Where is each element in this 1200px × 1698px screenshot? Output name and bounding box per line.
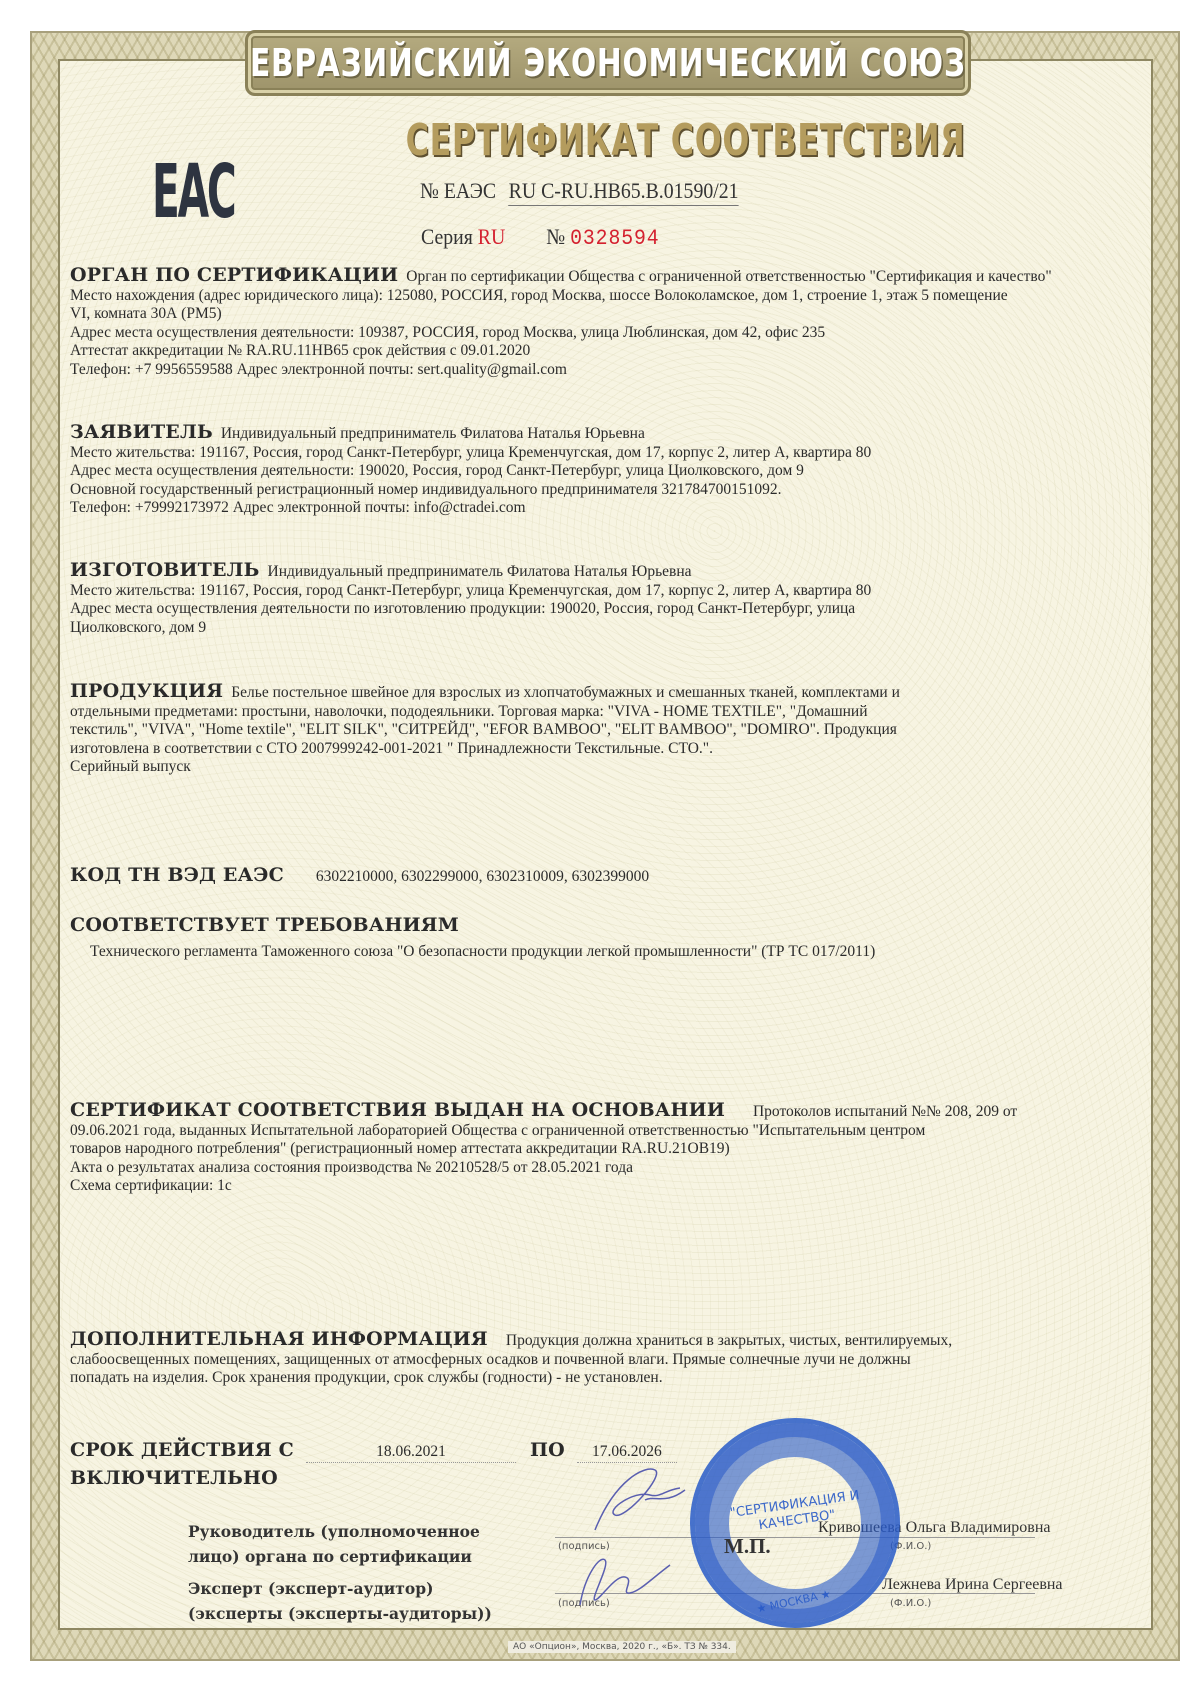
section-heading: КОД ТН ВЭД ЕАЭС: [70, 864, 284, 886]
section-line: Телефон: +7 9956559588 Адрес электронной…: [70, 361, 1130, 380]
certificate-title: СЕРТИФИКАТ СООТВЕТСТВИЯ: [406, 115, 795, 166]
eaeu-banner: ЕВРАЗИЙСКИЙ ЭКОНОМИЧЕСКИЙ СОЮЗ: [245, 30, 971, 96]
section-certification-body: ОРГАН ПО СЕРТИФИКАЦИИОрган по сертификац…: [70, 266, 1130, 379]
section-line: Место нахождения (адрес юридического лиц…: [70, 287, 1130, 306]
certificate-number-prefix: № ЕАЭС: [420, 178, 496, 203]
section-heading: ЗАЯВИТЕЛЬ: [70, 421, 213, 443]
section-line: Телефон: +79992173972 Адрес электронной …: [70, 499, 1130, 518]
section-line: 09.06.2021 года, выданных Испытательной …: [70, 1122, 1130, 1141]
expert-label-line-1: Эксперт (эксперт-аудитор): [188, 1576, 492, 1601]
expert-signature-icon: [560, 1545, 680, 1615]
validity-inclusive-label: ВКЛЮЧИТЕЛЬНО: [70, 1467, 278, 1489]
section-line: отдельными предметами: простыни, наволоч…: [70, 703, 1130, 722]
section-line: попадать на изделия. Срок хранения проду…: [70, 1369, 1130, 1388]
section-line: Аттестат аккредитации № RA.RU.11HB65 сро…: [70, 342, 1130, 361]
section-heading: СООТВЕТСТВУЕТ ТРЕБОВАНИЯМ: [70, 914, 459, 936]
section-line: Основной государственный регистрационный…: [70, 481, 1130, 500]
section-line: Адрес места осуществления деятельности: …: [70, 324, 1130, 343]
section-line: Адрес места осуществления деятельности п…: [70, 600, 1130, 619]
section-lead: Индивидуальный предприниматель Филатова …: [268, 563, 692, 580]
expert-name-caption: (Ф.И.О.): [890, 1598, 931, 1609]
certificate-number-value: RU C-RU.HB65.B.01590/21: [509, 178, 739, 206]
section-line: текстиль", "VIVA", "Home textile", "ELIT…: [70, 721, 1130, 740]
section-line: Серийный выпуск: [70, 758, 1130, 777]
expert-signatory-label: Эксперт (эксперт-аудитор) (эксперты (экс…: [188, 1576, 492, 1626]
section-line: слабоосвещенных помещениях, защищенных о…: [70, 1351, 1130, 1370]
section-line: товаров народного потребления" (регистра…: [70, 1140, 1130, 1159]
validity-date-from: 18.06.2021: [306, 1443, 516, 1463]
section-lead: Протоколов испытаний №№ 208, 209 от: [753, 1103, 1017, 1120]
head-label-line-1: Руководитель (уполномоченное: [188, 1519, 480, 1544]
series-line: Серия RU № 0328594: [421, 224, 660, 251]
section-line: Акта о результатах анализа состояния про…: [70, 1159, 1130, 1178]
head-signature-icon: [585, 1460, 695, 1540]
tn-ved-codes: 6302210000, 6302299000, 6302310009, 6302…: [316, 868, 649, 885]
banner-text: ЕВРАЗИЙСКИЙ ЭКОНОМИЧЕСКИЙ СОЮЗ: [250, 41, 966, 85]
section-line: VI, комната 30А (РМ5): [70, 305, 1130, 324]
head-label-line-2: лицо) органа по сертификации: [188, 1544, 480, 1569]
section-lead: Индивидуальный предприниматель Филатова …: [221, 425, 645, 442]
expert-label-line-2: (эксперты (эксперты-аудиторы)): [188, 1601, 492, 1626]
section-heading: ПРОДУКЦИЯ: [70, 680, 223, 702]
seal-label: М.П.: [724, 1534, 771, 1559]
expert-signatory-name: Лежнева Ирина Сергеевна: [882, 1576, 1063, 1594]
section-line: Место жительства: 191167, Россия, город …: [70, 444, 1130, 463]
section-heading: ОРГАН ПО СЕРТИФИКАЦИИ: [70, 264, 398, 286]
section-additional-info: ДОПОЛНИТЕЛЬНАЯ ИНФОРМАЦИЯПродукция должн…: [70, 1330, 1130, 1388]
section-line: Место жительства: 191167, Россия, город …: [70, 582, 1130, 601]
series-value: RU: [478, 224, 506, 249]
series-number-value: 0328594: [570, 226, 659, 251]
section-tn-ved: КОД ТН ВЭД ЕАЭС 6302210000, 6302299000, …: [70, 866, 1130, 887]
printer-imprint: АО «Опцион», Москва, 2020 г., «Б». ТЗ № …: [508, 1641, 736, 1653]
section-lead: Белье постельное швейное для взрослых из…: [231, 684, 900, 701]
section-heading: ИЗГОТОВИТЕЛЬ: [70, 559, 260, 581]
section-applicant: ЗАЯВИТЕЛЬИндивидуальный предприниматель …: [70, 423, 1130, 518]
section-line: Схема сертификации: 1с: [70, 1177, 1130, 1196]
section-line: изготовлена в соответствии с СТО 2007999…: [70, 740, 1130, 759]
series-label: Серия: [421, 224, 473, 249]
section-requirements: СООТВЕТСТВУЕТ ТРЕБОВАНИЯМ Технического р…: [70, 916, 1130, 961]
section-lead: Продукция должна храниться в закрытых, ч…: [506, 1332, 952, 1349]
section-lead: Орган по сертификации Общества с огранич…: [406, 268, 1051, 285]
section-manufacturer: ИЗГОТОВИТЕЛЬИндивидуальный предпринимате…: [70, 561, 1130, 637]
validity-from-label: СРОК ДЕЙСТВИЯ С: [70, 1439, 294, 1461]
series-number-label: №: [546, 224, 565, 249]
section-heading: СЕРТИФИКАТ СООТВЕТСТВИЯ ВЫДАН НА ОСНОВАН…: [70, 1099, 725, 1121]
section-line: Адрес места осуществления деятельности: …: [70, 462, 1130, 481]
section-product: ПРОДУКЦИЯБелье постельное швейное для вз…: [70, 682, 1130, 777]
section-line: Циолковского, дом 9: [70, 619, 1130, 638]
head-signatory-label: Руководитель (уполномоченное лицо) орган…: [188, 1519, 480, 1569]
validity-to-label: ПО: [530, 1439, 565, 1461]
eac-logo-icon: EAC: [152, 155, 235, 229]
section-basis: СЕРТИФИКАТ СООТВЕТСТВИЯ ВЫДАН НА ОСНОВАН…: [70, 1101, 1130, 1196]
certificate-number: № ЕАЭСRU C-RU.HB65.B.01590/21: [420, 178, 739, 204]
section-line: Технического регламента Таможенного союз…: [70, 943, 1130, 962]
section-heading: ДОПОЛНИТЕЛЬНАЯ ИНФОРМАЦИЯ: [70, 1328, 488, 1350]
